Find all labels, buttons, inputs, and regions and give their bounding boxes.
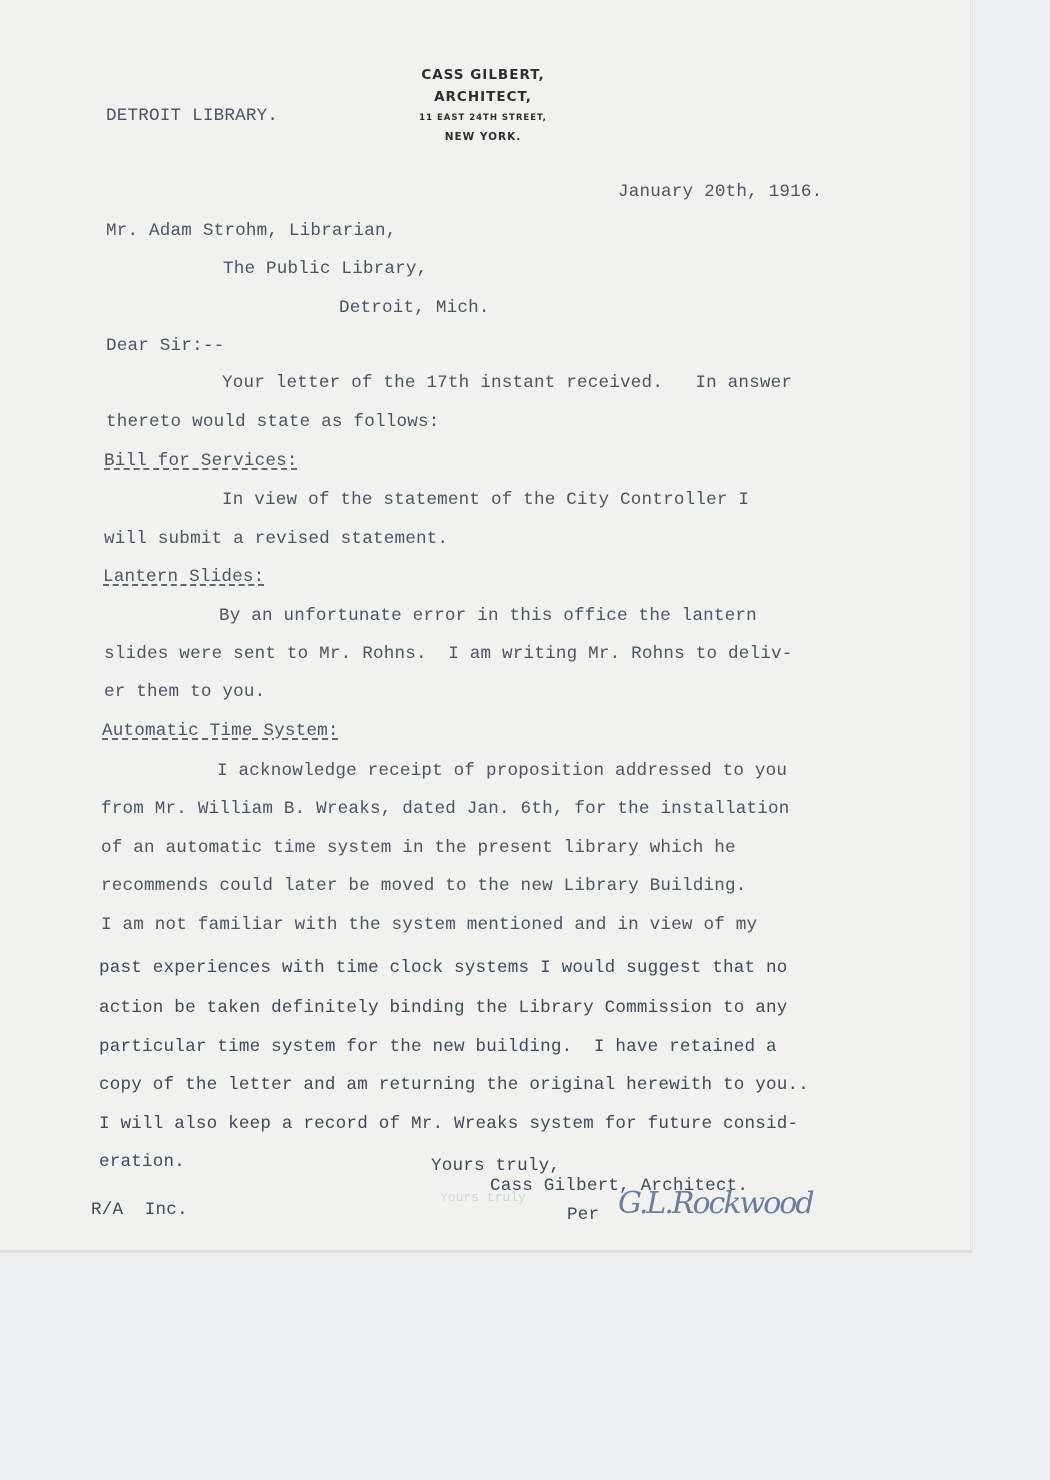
per-label: Per [567,1205,599,1225]
section-line: By an unfortunate error in this office t… [219,606,757,626]
section-line: I am not familiar with the system mentio… [101,915,757,935]
section-line: I will also keep a record of Mr. Wreaks … [99,1114,798,1134]
section-line: eration. [99,1152,185,1172]
reference-initials: R/A Inc. [91,1200,188,1220]
section-line: copy of the letter and am returning the … [99,1075,809,1095]
section-heading-automatic-time-system: Automatic Time System: [102,721,339,741]
letterhead-street: 11 EAST 24TH STREET, [363,113,603,123]
letterhead-city: NEW YORK. [363,131,603,143]
letter-page: CASS GILBERT, ARCHITECT, 11 EAST 24TH ST… [0,0,972,1250]
section-line: recommends could later be moved to the n… [101,876,746,896]
section-line: past experiences with time clock systems… [99,958,788,978]
paper-edge [970,0,971,1250]
handwritten-signature: G.L.Rockwood [618,1186,813,1221]
section-line: In view of the statement of the City Con… [222,490,749,510]
section-heading-bill-for-services: Bill for Services: [104,451,298,471]
section-line: action be taken definitely binding the L… [99,998,788,1018]
salutation: Dear Sir:-- [106,336,224,356]
recipient-line-3: Detroit, Mich. [339,298,490,318]
section-line: from Mr. William B. Wreaks, dated Jan. 6… [101,799,790,819]
letterhead-title: ARCHITECT, [363,89,603,105]
intro-line-2: thereto would state as follows: [106,412,440,432]
section-line: of an automatic time system in the prese… [101,838,736,858]
section-line: particular time system for the new build… [99,1037,777,1057]
letterhead-name: CASS GILBERT, [363,67,603,83]
recipient-line-1: Mr. Adam Strohm, Librarian, [106,221,396,241]
section-line: I acknowledge receipt of proposition add… [217,761,787,781]
intro-line-1: Your letter of the 17th instant received… [222,373,792,393]
offset-ghost-text: Yours truly [440,1190,526,1205]
file-label: DETROIT LIBRARY. [106,106,278,126]
section-heading-lantern-slides: Lantern Slides: [103,567,264,587]
section-line: slides were sent to Mr. Rohns. I am writ… [104,644,793,664]
section-line: er them to you. [104,682,265,702]
valediction: Yours truly, [431,1156,560,1176]
letter-date: January 20th, 1916. [618,182,822,202]
recipient-line-2: The Public Library, [223,259,427,279]
section-line: will submit a revised statement. [104,529,448,549]
